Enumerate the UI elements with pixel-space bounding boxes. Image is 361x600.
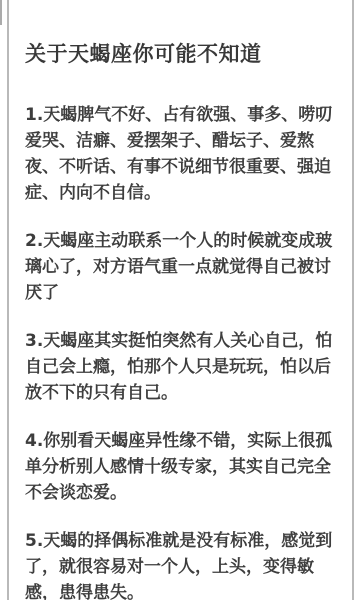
- paragraph-2: 2.天蝎座主动联系一个人的时候就变成玻璃心了，对方语气重一点就觉得自己被讨厌了: [25, 228, 337, 306]
- page-right-edge-line: [352, 0, 354, 600]
- zodiac-text-card: 关于天蝎座你可能不知道 1.天蝎脾气不好、占有欲强、事多、唠叨 爱哭、洁癖、爱摆…: [9, 0, 352, 600]
- paragraph-1: 1.天蝎脾气不好、占有欲强、事多、唠叨 爱哭、洁癖、爱摆架子、醋坛子、爱熬夜、不…: [25, 102, 337, 206]
- paragraph-5: 5.天蝎的择偶标准就是没有标准，感觉到了，就很容易对一个人，上头，变得敏感，患得…: [25, 528, 337, 600]
- paragraph-3: 3.天蝎座其实挺怕突然有人关心自己，怕自己会上瘾，怕那个人只是玩玩，怕以后放不下…: [25, 328, 337, 406]
- top-left-edge-artifact: [0, 0, 2, 25]
- page-title: 关于天蝎座你可能不知道: [25, 41, 337, 67]
- paragraph-4: 4.你别看天蝎座异性缘不错，实际上很孤单分析别人感情十级专家，其实自己完全不会谈…: [25, 428, 337, 506]
